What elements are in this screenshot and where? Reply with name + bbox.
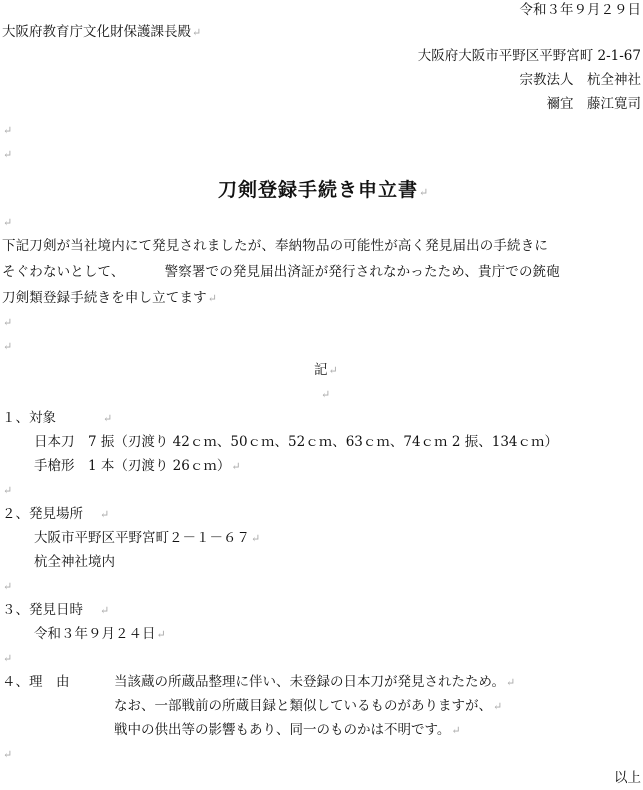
paragraph-mark-icon: ↵	[103, 412, 112, 425]
paragraph-mark-icon: ↵	[3, 340, 12, 353]
blank-line: ↵	[2, 144, 12, 164]
item-text: 手槍形 1 本（刃渡り 26ｃｍ）	[34, 458, 230, 474]
document-title-line: 刀剣登録手続き申立書↵	[218, 178, 428, 202]
section-1-item-2: 手槍形 1 本（刃渡り 26ｃｍ）↵	[34, 456, 241, 476]
body-text: 刀剣類登録手続きを申し立てます	[2, 290, 207, 306]
section-2-line-2: 杭全神社境内	[34, 552, 115, 572]
date: 令和３年９月２９日	[520, 2, 642, 18]
paragraph-mark-icon: ↵	[251, 532, 260, 545]
paragraph-mark-icon: ↵	[100, 604, 109, 617]
paragraph-mark-icon: ↵	[3, 316, 12, 329]
section-1-item-1: 日本刀 7 振（刃渡り 42ｃｍ、50ｃｍ、52ｃｍ、63ｃｍ、74ｃｍ 2 振…	[34, 432, 558, 452]
sender-name: 禰宜 藤江寛司	[547, 96, 642, 112]
paragraph-mark-icon: ↵	[451, 724, 460, 737]
item-text: 杭全神社境内	[34, 554, 115, 570]
body-text: 警察署での発見届出済証が発行されなかったため、貴庁での銃砲	[165, 264, 560, 280]
paragraph-mark-icon: ↵	[321, 388, 330, 401]
paragraph-mark-icon: ↵	[419, 186, 428, 199]
paragraph-mark-icon: ↵	[3, 484, 12, 497]
item-text: 当該蔵の所蔵品整理に伴い、未登録の日本刀が発見されたため。	[114, 674, 505, 690]
addressee-line: 大阪府教育庁文化財保護課長殿↵	[2, 22, 201, 42]
section-4-heading: ４、理 由	[2, 674, 70, 690]
blank-line: ↵	[2, 212, 12, 232]
paragraph-mark-icon: ↵	[3, 580, 12, 593]
paragraph-mark-icon: ↵	[493, 700, 502, 713]
sender-address-line: 大阪府大阪市平野区平野宮町 2-1-67	[418, 46, 641, 66]
blank-line: ↵	[2, 312, 12, 332]
section-4-heading-line: ４、理 由	[2, 672, 70, 692]
paragraph-mark-icon: ↵	[506, 676, 515, 689]
blank-line: ↵	[320, 384, 330, 404]
section-3-line-1: 令和３年９月２４日↵	[34, 624, 166, 644]
closing: 以上	[614, 770, 641, 786]
paragraph-mark-icon: ↵	[329, 364, 338, 377]
addressee: 大阪府教育庁文化財保護課長殿	[2, 24, 191, 40]
item-text: 戦中の供出等の影響もあり、同一のものかは不明です。	[114, 722, 450, 738]
sender-organization-line: 宗教法人 杭全神社	[520, 70, 642, 90]
sender-organization: 宗教法人 杭全神社	[520, 72, 642, 88]
paragraph-mark-icon: ↵	[100, 508, 109, 521]
section-1-heading-line: １、対象↵	[2, 408, 112, 428]
sender-name-line: 禰宜 藤江寛司	[547, 94, 642, 114]
date-line: 令和３年９月２９日	[520, 0, 642, 20]
blank-line: ↵	[2, 744, 12, 764]
blank-line: ↵	[2, 576, 12, 596]
section-4-line-1: 当該蔵の所蔵品整理に伴い、未登録の日本刀が発見されたため。↵	[114, 672, 515, 692]
section-2-heading-line: ２、発見場所↵	[2, 504, 109, 524]
body-line-3: 刀剣類登録手続きを申し立てます↵	[2, 288, 217, 308]
paragraph-mark-icon: ↵	[3, 748, 12, 761]
section-3-heading-line: ３、発見日時↵	[2, 600, 109, 620]
paragraph-mark-icon: ↵	[208, 292, 217, 305]
sender-address: 大阪府大阪市平野区平野宮町 2-1-67	[418, 48, 641, 64]
closing-line: 以上	[614, 768, 641, 788]
paragraph-mark-icon: ↵	[3, 148, 12, 161]
blank-line: ↵	[2, 120, 12, 140]
body-text: そぐわないとして、	[2, 264, 125, 280]
section-4-line-2: なお、一部戦前の所蔵目録と類似しているものがありますが、↵	[114, 696, 502, 716]
paragraph-mark-icon: ↵	[3, 652, 12, 665]
section-4-line-3: 戦中の供出等の影響もあり、同一のものかは不明です。↵	[114, 720, 461, 740]
blank-line: ↵	[2, 648, 12, 668]
paragraph-mark-icon: ↵	[157, 628, 166, 641]
blank-line: ↵	[2, 480, 12, 500]
body-line-1: 下記刀剣が当社境内にて発見されましたが、奉納物品の可能性が高く発見届出の手続きに	[2, 236, 548, 256]
section-2-line-1: 大阪市平野区平野宮町２－１－６７↵	[34, 528, 260, 548]
blank-line: ↵	[2, 336, 12, 356]
item-text: 大阪市平野区平野宮町２－１－６７	[34, 530, 250, 546]
section-3-heading: ３、発見日時	[2, 602, 83, 618]
section-1-heading: １、対象	[2, 410, 56, 426]
item-text: 日本刀 7 振（刃渡り 42ｃｍ、50ｃｍ、52ｃｍ、63ｃｍ、74ｃｍ 2 振…	[34, 434, 558, 450]
item-text: なお、一部戦前の所蔵目録と類似しているものがありますが、	[114, 698, 492, 714]
paragraph-mark-icon: ↵	[192, 26, 201, 39]
paragraph-mark-icon: ↵	[3, 124, 12, 137]
ki-heading-line: 記↵	[314, 360, 338, 380]
item-text: 令和３年９月２４日	[34, 626, 156, 642]
body-text: 下記刀剣が当社境内にて発見されましたが、奉納物品の可能性が高く発見届出の手続きに	[2, 238, 548, 254]
section-2-heading: ２、発見場所	[2, 506, 83, 522]
paragraph-mark-icon: ↵	[3, 216, 12, 229]
body-line-2: そぐわないとして、警察署での発見届出済証が発行されなかったため、貴庁での銃砲	[2, 262, 560, 282]
paragraph-mark-icon: ↵	[231, 460, 240, 473]
document-title: 刀剣登録手続き申立書	[218, 179, 418, 201]
ki-heading: 記	[314, 362, 328, 378]
